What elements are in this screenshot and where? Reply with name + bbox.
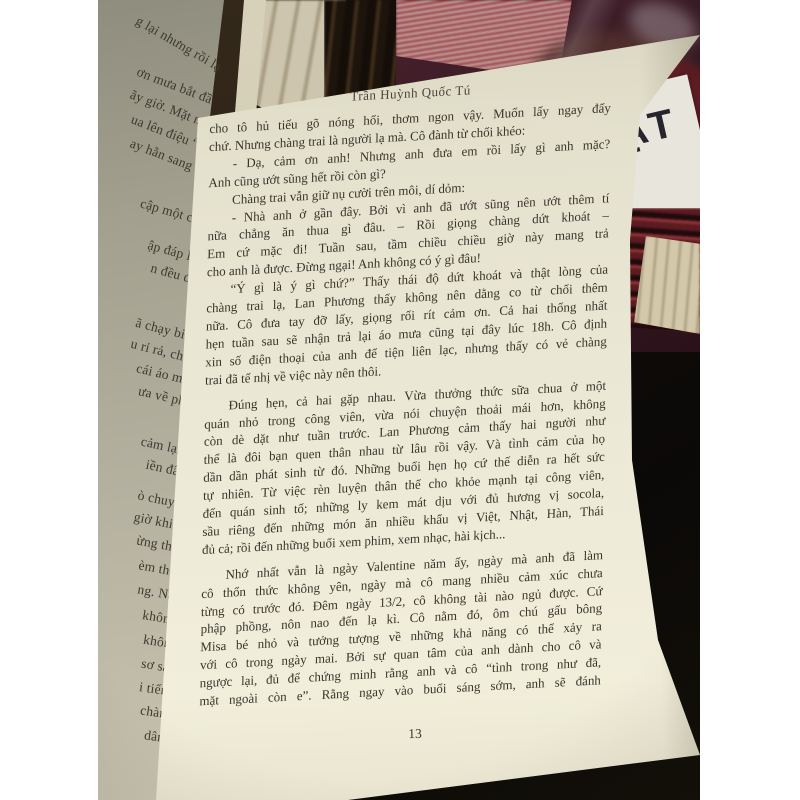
page-text-block: Trần Huỳnh Quốc Tú cho tô hủ tiếu gõ nón… (199, 75, 611, 710)
paragraph: “Ý gì là ý gì chứ?” Thấy thái độ dứt kho… (205, 261, 608, 390)
paragraph: Nhớ nhất vẫn là ngày Valentine năm ấy, n… (199, 546, 603, 711)
photo-of-open-book: MẶT mômb g lại nhưng rồi lạ ơn mưa bắt đ… (98, 0, 700, 800)
screenshot-canvas: MẶT mômb g lại nhưng rồi lạ ơn mưa bắt đ… (0, 0, 800, 800)
paragraph: Đúng hẹn, cả hai gặp nhau. Vừa thưởng th… (202, 376, 606, 559)
book-pages-foredge (634, 236, 700, 334)
page-number: 13 (395, 726, 435, 743)
